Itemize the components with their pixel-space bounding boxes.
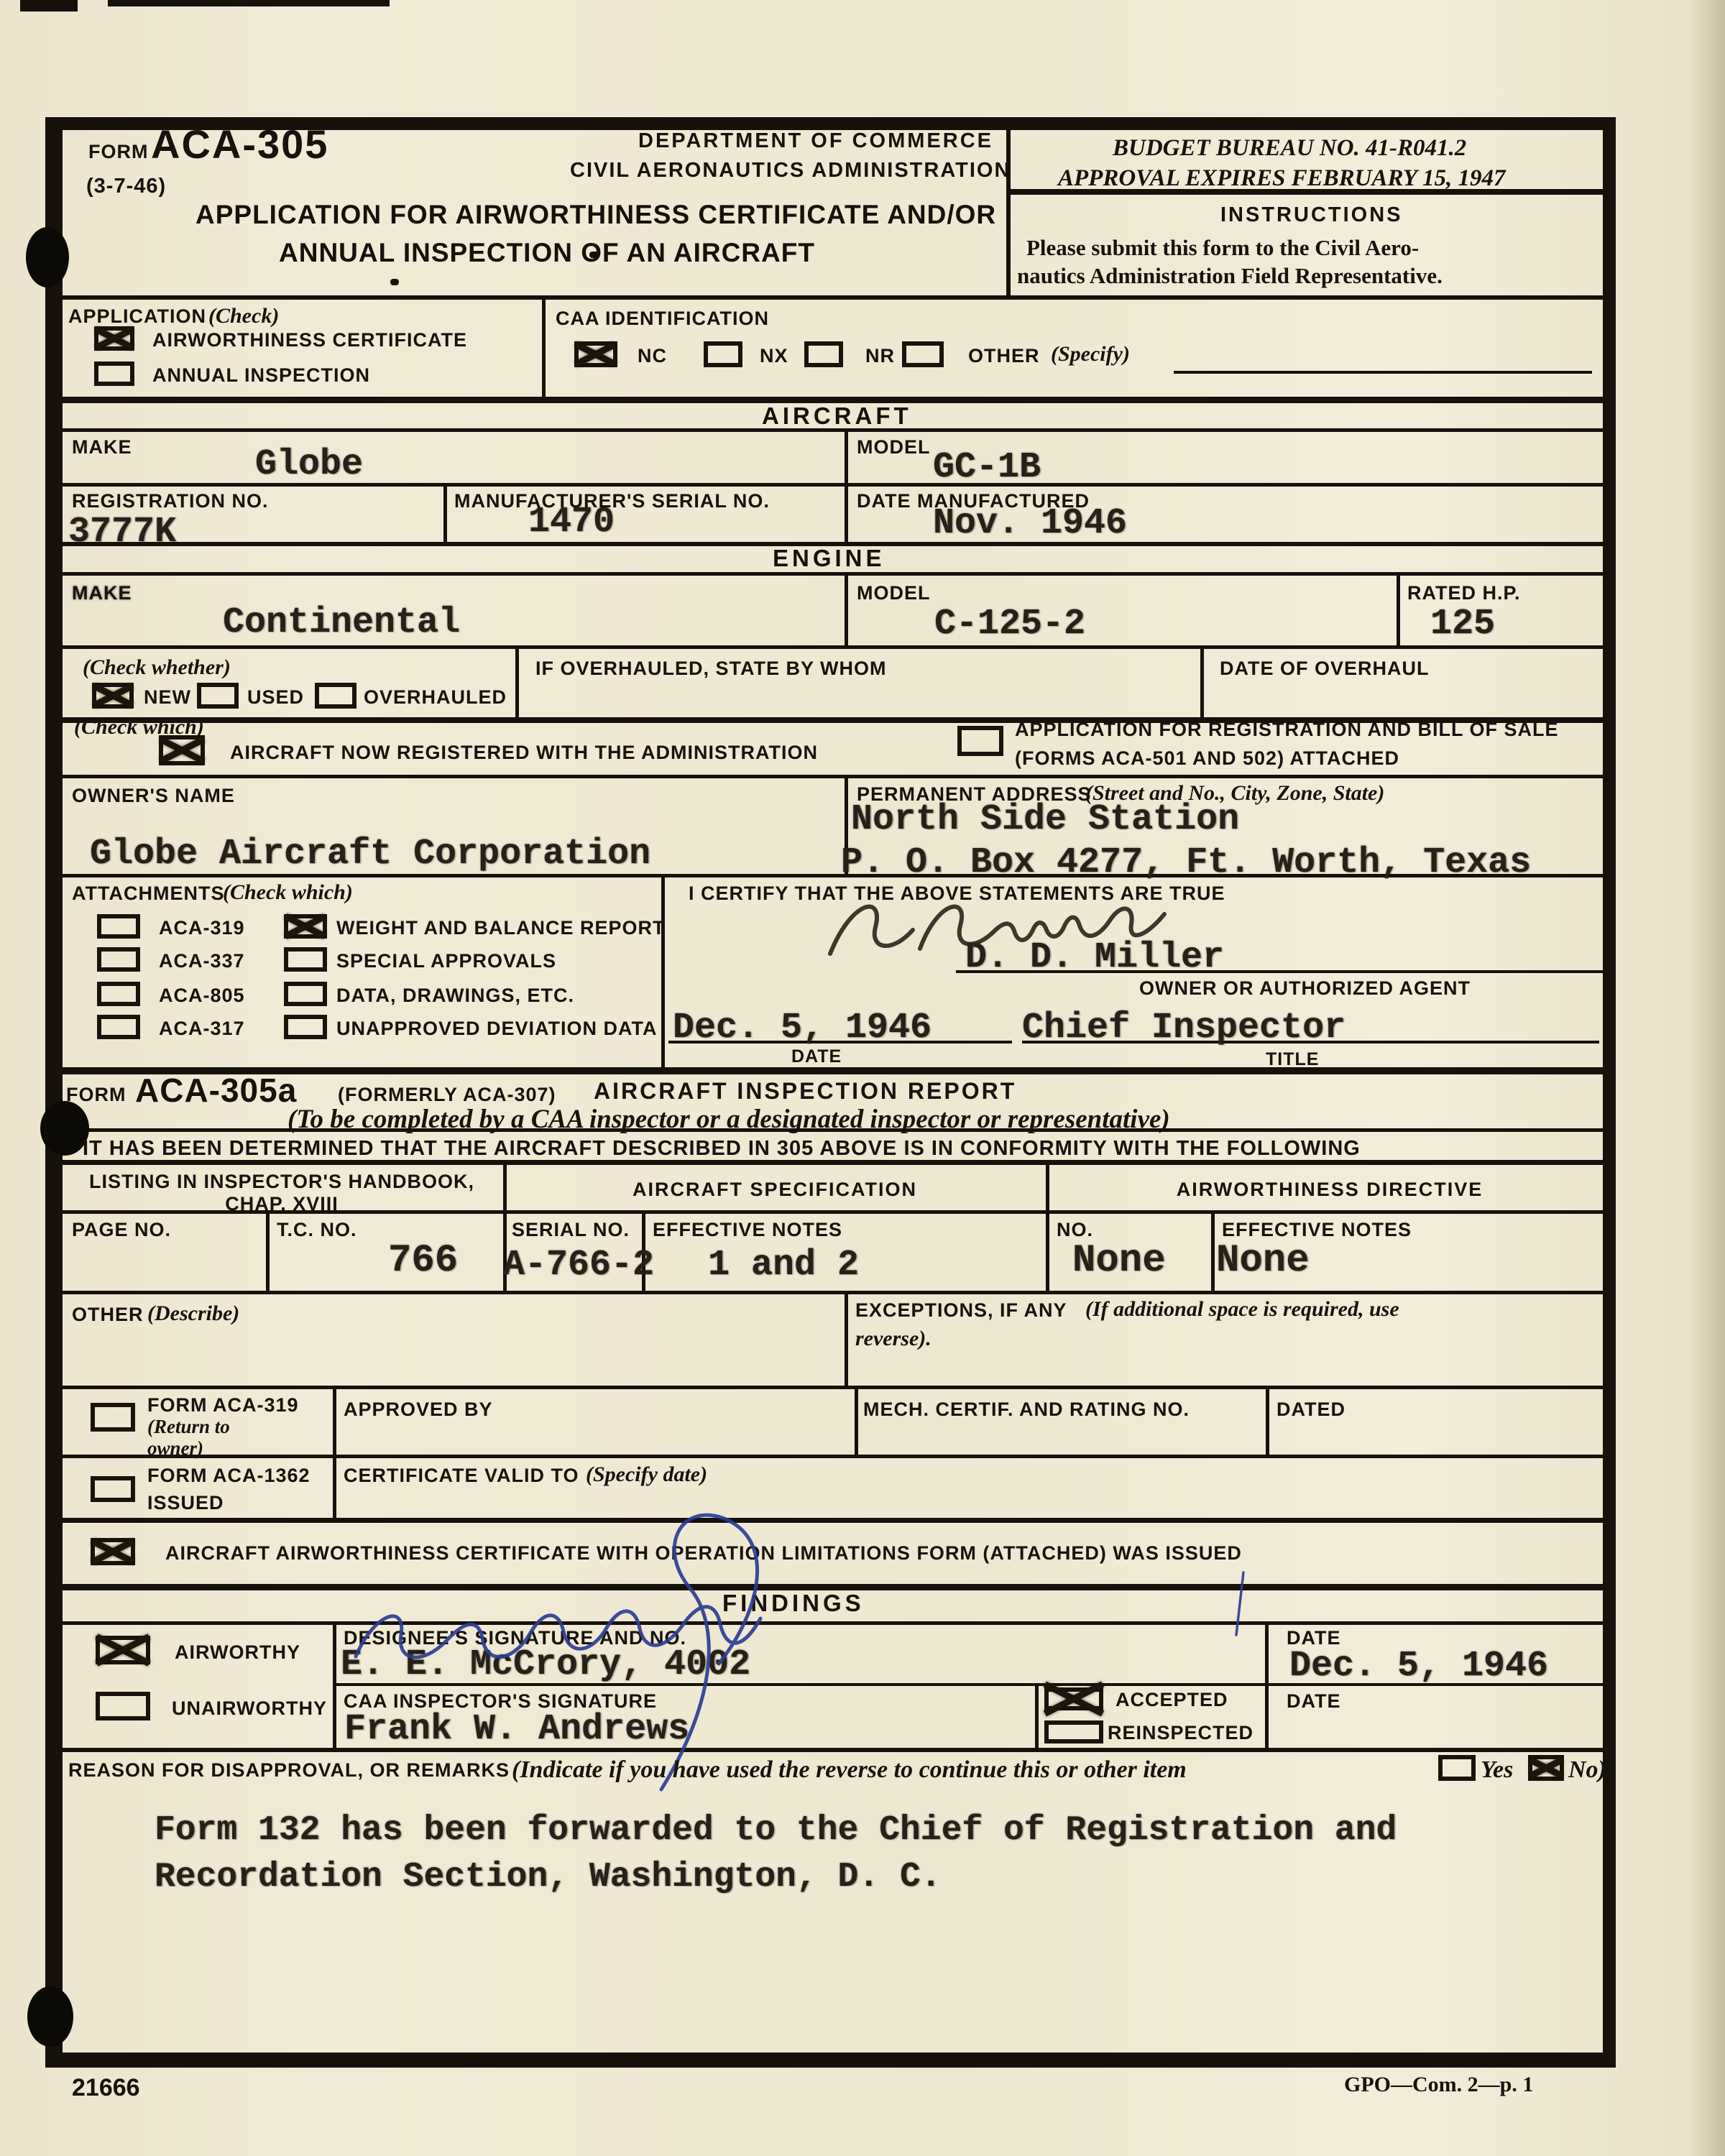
aca-317-checkbox[interactable] — [97, 1015, 140, 1039]
engine-make-label: MAKE — [72, 582, 132, 604]
unapproved-deviation-label: UNAPPROVED DEVIATION DATA — [336, 1018, 658, 1040]
registered-checkbox[interactable] — [159, 735, 205, 765]
aca-805-label: ACA-805 — [159, 985, 245, 1007]
exceptions-hint-line1: (If additional space is required, use — [1085, 1297, 1399, 1322]
aca-805-checkbox[interactable] — [97, 982, 140, 1006]
form-aca-1362-issued-label: ISSUED — [147, 1492, 224, 1514]
scanned-form-page: FORM ACA-305 (3-7-46) DEPARTMENT OF COMM… — [0, 0, 1725, 2156]
engine-new-label: NEW — [144, 686, 191, 709]
weight-balance-checkbox[interactable] — [284, 914, 327, 939]
airworthy-label: AIRWORTHY — [175, 1641, 300, 1664]
bill-of-sale-label-line2: (FORMS ACA-501 AND 502) ATTACHED — [1015, 747, 1399, 770]
handbook-col-header-line2: CHAP. XVIII — [225, 1193, 339, 1215]
department-line: DEPARTMENT OF COMMERCE — [638, 129, 993, 153]
disapproval-label: REASON FOR DISAPPROVAL, OR REMARKS — [68, 1759, 510, 1782]
date-of-overhaul-label: DATE OF OVERHAUL — [1220, 658, 1430, 680]
form-aca-1362-label: FORM ACA-1362 — [147, 1465, 310, 1487]
cert-with-limitations-checkbox[interactable] — [91, 1538, 135, 1565]
other-id-label: OTHER — [968, 345, 1040, 367]
form-aca-319-checkbox[interactable] — [91, 1403, 135, 1432]
certify-title-value: Chief Inspector — [1022, 1008, 1345, 1049]
remarks-yes-label: Yes — [1481, 1756, 1513, 1784]
determination-statement: IT HAS BEEN DETERMINED THAT THE AIRCRAFT… — [83, 1137, 1361, 1161]
rated-hp-label: RATED H.P. — [1407, 582, 1521, 604]
remarks-no-label: No) — [1568, 1756, 1606, 1784]
administration-line: CIVIL AERONAUTICS ADMINISTRATION — [570, 159, 1011, 183]
aca-319-label: ACA-319 — [159, 917, 245, 939]
report-subtitle: (To be completed by a CAA inspector or a… — [287, 1104, 1170, 1135]
application-section-hint: (Check) — [208, 304, 279, 328]
date-manufactured-value: Nov. 1946 — [933, 503, 1127, 544]
registration-no-value: 3777K — [68, 512, 176, 553]
aircraft-band-title: AIRCRAFT — [762, 402, 912, 430]
dated-label: DATED — [1276, 1399, 1345, 1421]
signature-dd-miller — [812, 878, 1186, 986]
attachments-label: ATTACHMENTS — [72, 883, 224, 905]
aircraft-model-value: GC-1B — [933, 447, 1041, 488]
engine-used-label: USED — [247, 686, 304, 709]
owner-name-label: OWNER'S NAME — [72, 785, 235, 807]
unapproved-deviation-checkbox[interactable] — [284, 1015, 327, 1039]
engine-overhauled-label: OVERHAULED — [364, 686, 507, 709]
engine-band-title: ENGINE — [773, 545, 885, 572]
effective-notes-value: 1 and 2 — [708, 1245, 859, 1286]
other-describe-label: OTHER — [72, 1304, 144, 1326]
bill-of-sale-label-line1: APPLICATION FOR REGISTRATION AND BILL OF… — [1015, 719, 1559, 741]
other-id-checkbox[interactable] — [902, 341, 944, 367]
handbook-col-header-line1: LISTING IN INSPECTOR'S HANDBOOK, — [89, 1171, 474, 1193]
form-title-line1: APPLICATION FOR AIRWORTHINESS CERTIFICAT… — [195, 200, 996, 230]
nr-label: NR — [865, 345, 895, 367]
aca-317-label: ACA-317 — [159, 1018, 245, 1040]
approved-by-label: APPROVED BY — [344, 1399, 493, 1421]
page-no-label: PAGE NO. — [72, 1219, 171, 1241]
findings-date-value: Dec. 5, 1946 — [1289, 1646, 1548, 1687]
owner-name-value: Globe Aircraft Corporation — [90, 834, 650, 875]
application-section-label: APPLICATION — [68, 305, 206, 328]
report-title: AIRCRAFT INSPECTION REPORT — [594, 1078, 1016, 1105]
form-aca-319-return-line1: (Return to — [147, 1416, 230, 1438]
airworthiness-directive-col-header: AIRWORTHINESS DIRECTIVE — [1177, 1179, 1483, 1201]
engine-make-value: Continental — [223, 602, 460, 643]
remarks-yes-checkbox[interactable] — [1438, 1755, 1476, 1781]
instructions-title: INSTRUCTIONS — [1220, 203, 1403, 227]
aca-337-checkbox[interactable] — [97, 947, 140, 972]
report-form-number: ACA-305a — [135, 1071, 297, 1110]
registered-label: AIRCRAFT NOW REGISTERED WITH THE ADMINIS… — [230, 742, 818, 764]
directive-notes-value: None — [1216, 1239, 1310, 1283]
paper-edge-shadow — [1688, 0, 1725, 2156]
annual-inspection-checkbox[interactable] — [94, 361, 134, 386]
footer-print-code: 21666 — [72, 2074, 140, 2102]
report-formerly: (FORMERLY ACA-307) — [338, 1084, 556, 1106]
aircraft-spec-col-header: AIRCRAFT SPECIFICATION — [632, 1179, 917, 1201]
form-word: FORM — [88, 141, 148, 163]
address-line2-value: P. O. Box 4277, Ft. Worth, Texas — [841, 842, 1531, 883]
footer-gpo-line: GPO—Com. 2—p. 1 — [1344, 2073, 1533, 2097]
directive-notes-label: EFFECTIVE NOTES — [1222, 1219, 1412, 1241]
remarks-line2: Recordation Section, Washington, D. C. — [155, 1858, 942, 1897]
exceptions-label: EXCEPTIONS, IF ANY — [855, 1299, 1067, 1322]
unairworthy-checkbox[interactable] — [96, 1692, 150, 1720]
certify-date-value: Dec. 5, 1946 — [673, 1008, 931, 1049]
engine-used-checkbox[interactable] — [197, 683, 239, 709]
effective-notes-label: EFFECTIVE NOTES — [653, 1219, 842, 1241]
certify-title-label: TITLE — [1266, 1049, 1319, 1070]
aca-319-checkbox[interactable] — [97, 914, 140, 939]
tc-no-value: 766 — [388, 1239, 458, 1283]
nx-checkbox[interactable] — [704, 341, 742, 367]
disapproval-hint: (Indicate if you have used the reverse t… — [512, 1756, 1187, 1784]
special-approvals-label: SPECIAL APPROVALS — [336, 950, 556, 972]
spec-serial-value: A-766-2 — [503, 1245, 654, 1286]
form-aca-319-return-line2: owner) — [147, 1437, 203, 1460]
form-number: ACA-305 — [151, 121, 328, 167]
mech-certif-label: MECH. CERTIF. AND RATING NO. — [863, 1399, 1190, 1421]
nx-label: NX — [760, 345, 788, 367]
weight-balance-label: WEIGHT AND BALANCE REPORT — [336, 917, 666, 939]
overhauled-by-whom-label: IF OVERHAULED, STATE BY WHOM — [535, 658, 887, 680]
airworthiness-certificate-checkbox[interactable] — [94, 326, 134, 351]
remarks-line1: Form 132 has been forwarded to the Chief… — [155, 1811, 1397, 1850]
instructions-line2: nautics Administration Field Representat… — [1017, 263, 1443, 289]
nc-checkbox[interactable] — [574, 341, 617, 367]
check-whether-hint: (Check whether) — [83, 655, 231, 680]
address-line1-value: North Side Station — [851, 799, 1239, 840]
aircraft-model-label: MODEL — [857, 436, 931, 459]
directive-no-label: NO. — [1057, 1219, 1093, 1241]
serial-no-value: 1470 — [528, 502, 615, 543]
nc-label: NC — [638, 345, 667, 367]
spec-serial-label: SERIAL NO. — [512, 1219, 630, 1241]
airworthy-checkbox[interactable] — [96, 1636, 150, 1664]
attachments-hint: (Check which) — [223, 880, 353, 905]
directive-no-value: None — [1072, 1239, 1166, 1283]
registration-no-label: REGISTRATION NO. — [72, 490, 269, 512]
owner-agent-role-label: OWNER OR AUTHORIZED AGENT — [1139, 977, 1471, 1000]
engine-overhauled-checkbox[interactable] — [315, 683, 356, 709]
other-id-hint: (Specify) — [1051, 342, 1130, 367]
unairworthy-label: UNAIRWORTHY — [172, 1697, 327, 1720]
data-drawings-checkbox[interactable] — [284, 982, 327, 1006]
engine-model-label: MODEL — [857, 582, 931, 604]
punch-hole — [27, 1986, 73, 2047]
form-title-line2: ANNUAL INSPECTION OF AN AIRCRAFT — [279, 238, 815, 268]
tc-no-label: T.C. NO. — [277, 1219, 357, 1241]
airworthiness-certificate-label: AIRWORTHINESS CERTIFICATE — [152, 329, 467, 351]
form-date: (3-7-46) — [86, 175, 166, 198]
other-describe-hint: (Describe) — [147, 1302, 239, 1326]
engine-model-value: C-125-2 — [934, 604, 1085, 645]
punch-hole — [40, 1101, 89, 1156]
aca-337-label: ACA-337 — [159, 950, 245, 972]
nr-checkbox[interactable] — [804, 341, 843, 367]
annual-inspection-label: ANNUAL INSPECTION — [152, 364, 370, 387]
instructions-line1: Please submit this form to the Civil Aer… — [1026, 235, 1419, 261]
form-aca-319-label: FORM ACA-319 — [147, 1394, 299, 1416]
budget-bureau-line: BUDGET BUREAU NO. 41-R041.2 — [1113, 135, 1466, 162]
exceptions-hint-line2: reverse). — [855, 1327, 931, 1351]
data-drawings-label: DATA, DRAWINGS, ETC. — [336, 985, 574, 1007]
punch-hole — [26, 227, 69, 287]
caa-identification-label: CAA IDENTIFICATION — [556, 308, 769, 330]
certify-date-label: DATE — [791, 1046, 842, 1067]
remarks-no-checkbox[interactable] — [1528, 1755, 1564, 1781]
report-form-word: FORM — [66, 1084, 126, 1106]
special-approvals-checkbox[interactable] — [284, 947, 327, 972]
rated-hp-value: 125 — [1430, 604, 1495, 645]
aircraft-make-value: Globe — [255, 444, 363, 485]
aircraft-make-label: MAKE — [72, 436, 132, 459]
form-aca-1362-checkbox[interactable] — [91, 1476, 135, 1502]
engine-new-checkbox[interactable] — [92, 683, 134, 709]
approval-expires-line: APPROVAL EXPIRES FEBRUARY 15, 1947 — [1058, 165, 1506, 192]
bill-of-sale-checkbox[interactable] — [957, 726, 1003, 756]
